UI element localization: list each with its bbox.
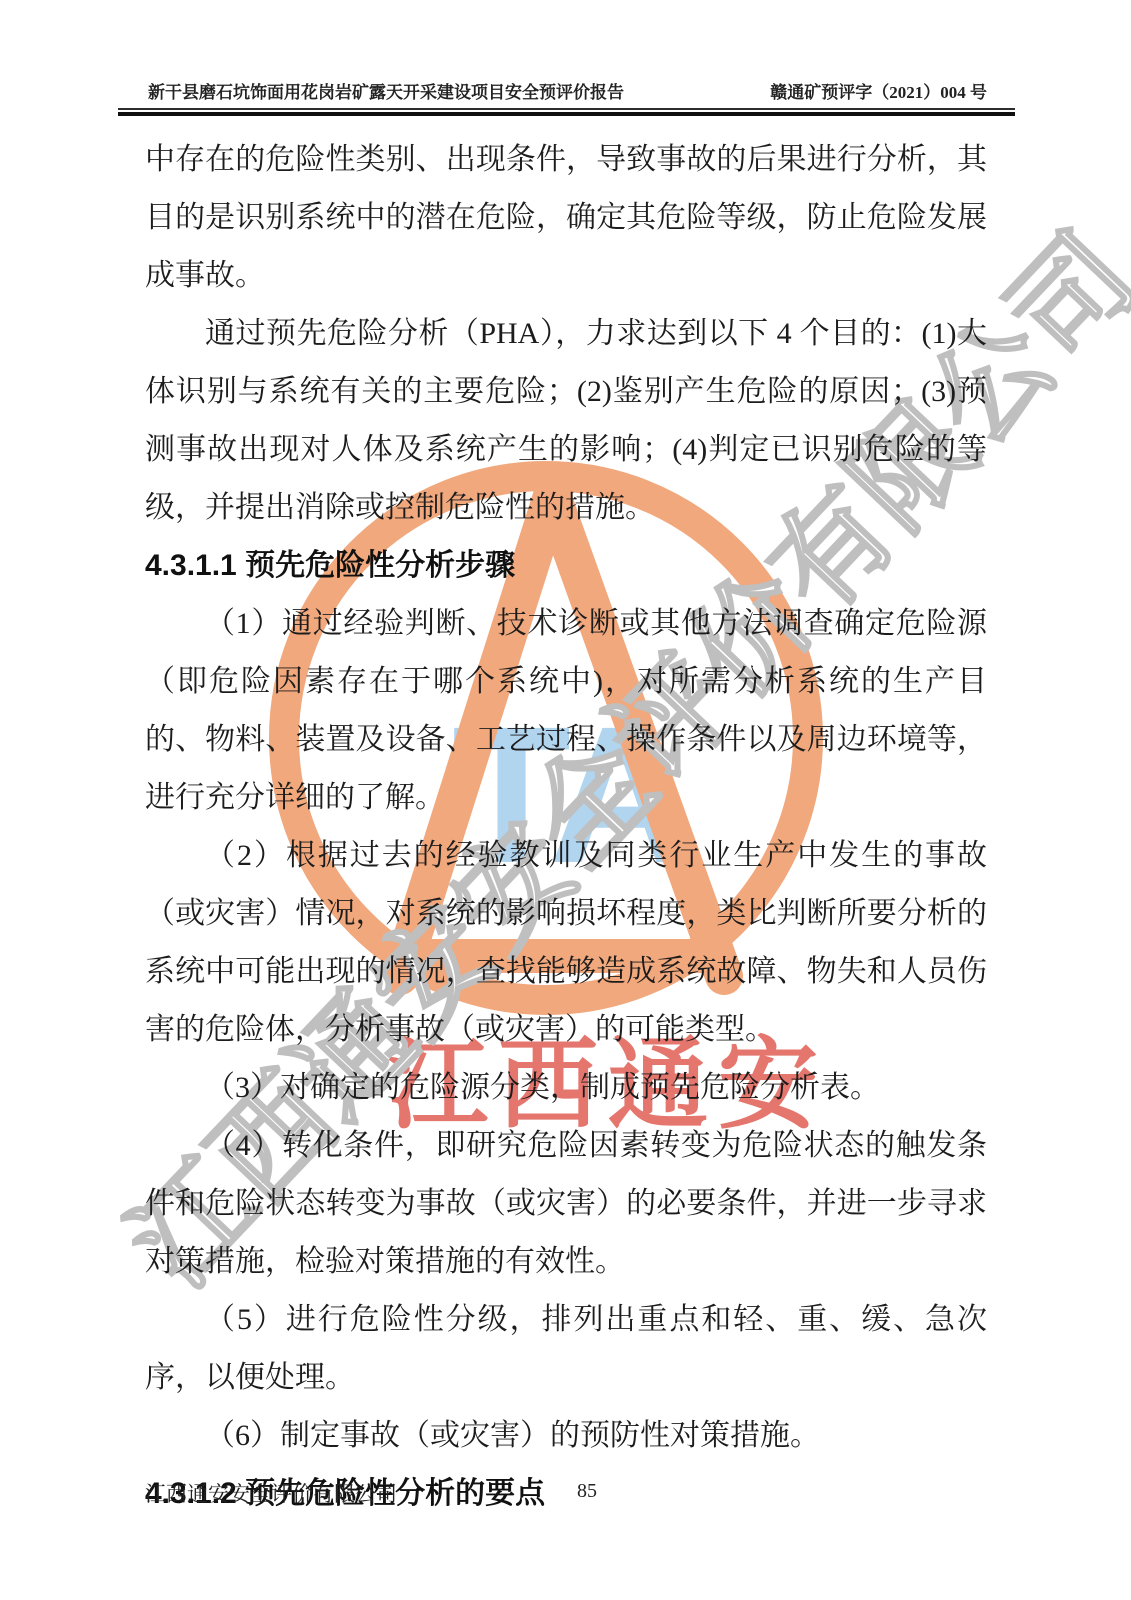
header-doc-number: 赣通矿预评字（2021）004 号 xyxy=(770,78,987,103)
paragraph: （4）转化条件，即研究危险因素转变为危险状态的触发条件和危险状态转变为事故（或灾… xyxy=(145,1117,987,1291)
section-heading: 4.3.1.1 预先危险性分析步骤 xyxy=(145,537,987,595)
page-header: 新干县磨石坑饰面用花岗岩矿露天开采建设项目安全预评价报告 赣通矿预评字（2021… xyxy=(118,78,1015,116)
footer-company-name: 江西通安安全评价有限公司 xyxy=(145,1478,397,1508)
document-body: 中存在的危险性类别、出现条件，导致事故的后果进行分析，其目的是识别系统中的潜在危… xyxy=(145,131,987,1523)
paragraph: （5）进行危险性分级，排列出重点和轻、重、缓、急次序，以便处理。 xyxy=(145,1291,987,1407)
document-page: TA 江西通安 江西通安安全评价有限公司 新干县磨石坑饰面用花岗岩矿露天开采建设… xyxy=(0,0,1131,1600)
paragraph: 通过预先危险分析（PHA），力求达到以下 4 个目的：(1)大体识别与系统有关的… xyxy=(145,305,987,537)
header-report-title: 新干县磨石坑饰面用花岗岩矿露天开采建设项目安全预评价报告 xyxy=(148,78,624,103)
paragraph: （6）制定事故（或灾害）的预防性对策措施。 xyxy=(145,1407,987,1465)
paragraph: （3）对确定的危险源分类，制成预先危险分析表。 xyxy=(145,1059,987,1117)
paragraph: （1）通过经验判断、技术诊断或其他方法调查确定危险源（即危险因素存在于哪个系统中… xyxy=(145,595,987,827)
paragraph: 中存在的危险性类别、出现条件，导致事故的后果进行分析，其目的是识别系统中的潜在危… xyxy=(145,131,987,305)
header-rule-thick xyxy=(118,112,1015,116)
footer-page-number: 85 xyxy=(577,1480,597,1503)
paragraph: （2）根据过去的经验教训及同类行业生产中发生的事故（或灾害）情况，对系统的影响损… xyxy=(145,827,987,1059)
